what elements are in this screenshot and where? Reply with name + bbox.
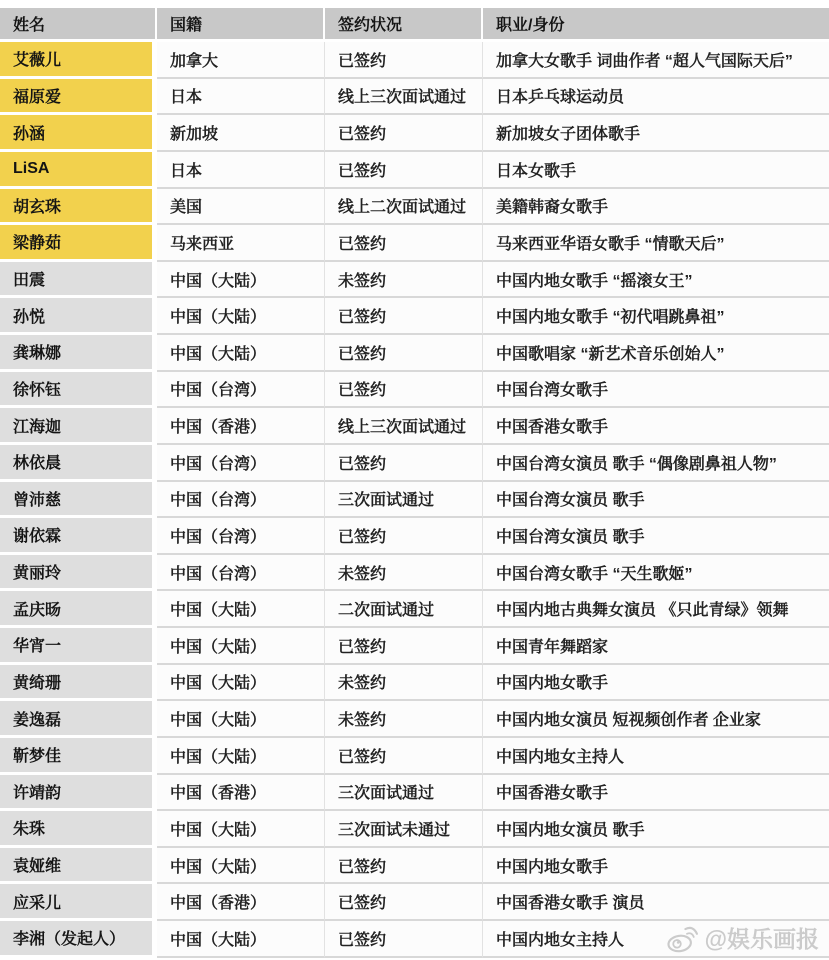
status-cell: 三次面试通过 bbox=[325, 775, 483, 812]
table-row: 孟庆旸中国（大陆）二次面试通过中国内地古典舞女演员 《只此青绿》领舞 bbox=[0, 591, 829, 628]
name-cell: 华宵一 bbox=[0, 628, 157, 665]
table-row: 朱珠中国（大陆）三次面试未通过中国内地女演员 歌手 bbox=[0, 811, 829, 848]
status-cell: 未签约 bbox=[325, 555, 483, 592]
name-cell: 朱珠 bbox=[0, 811, 157, 848]
table-row: 黄丽玲中国（台湾）未签约中国台湾女歌手 “天生歌姬” bbox=[0, 555, 829, 592]
nationality-cell: 中国（台湾） bbox=[157, 482, 325, 519]
name-cell: 黄丽玲 bbox=[0, 555, 157, 592]
status-cell: 未签约 bbox=[325, 262, 483, 299]
nationality-cell: 中国（大陆） bbox=[157, 298, 325, 335]
occupation-cell: 中国内地女演员 短视频创作者 企业家 bbox=[483, 701, 829, 738]
occupation-cell: 日本乒乓球运动员 bbox=[483, 79, 829, 116]
table-row: 华宵一中国（大陆）已签约中国青年舞蹈家 bbox=[0, 628, 829, 665]
occupation-cell: 马来西亚华语女歌手 “情歌天后” bbox=[483, 225, 829, 262]
nationality-cell: 加拿大 bbox=[157, 42, 325, 79]
table-row: 姜逸磊中国（大陆）未签约中国内地女演员 短视频创作者 企业家 bbox=[0, 701, 829, 738]
table-row: 孙悦中国（大陆）已签约中国内地女歌手 “初代唱跳鼻祖” bbox=[0, 298, 829, 335]
status-cell: 已签约 bbox=[325, 335, 483, 372]
table-row: 许靖韵中国（香港）三次面试通过中国香港女歌手 bbox=[0, 775, 829, 812]
name-cell: 胡玄珠 bbox=[0, 189, 157, 226]
status-cell: 已签约 bbox=[325, 518, 483, 555]
name-cell: 应采儿 bbox=[0, 884, 157, 921]
status-cell: 线上三次面试通过 bbox=[325, 408, 483, 445]
occupation-cell: 中国内地古典舞女演员 《只此青绿》领舞 bbox=[483, 591, 829, 628]
status-cell: 线上三次面试通过 bbox=[325, 79, 483, 116]
occupation-cell: 中国内地女演员 歌手 bbox=[483, 811, 829, 848]
nationality-cell: 马来西亚 bbox=[157, 225, 325, 262]
nationality-cell: 中国（大陆） bbox=[157, 335, 325, 372]
status-cell: 未签约 bbox=[325, 701, 483, 738]
occupation-cell: 美籍韩裔女歌手 bbox=[483, 189, 829, 226]
status-cell: 已签约 bbox=[325, 42, 483, 79]
status-cell: 未签约 bbox=[325, 665, 483, 702]
name-cell: 孟庆旸 bbox=[0, 591, 157, 628]
nationality-cell: 中国（台湾） bbox=[157, 518, 325, 555]
name-cell: 龚琳娜 bbox=[0, 335, 157, 372]
column-header-occupation: 职业/身份 bbox=[483, 8, 829, 42]
nationality-cell: 中国（大陆） bbox=[157, 738, 325, 775]
status-cell: 已签约 bbox=[325, 848, 483, 885]
occupation-cell: 加拿大女歌手 词曲作者 “超人气国际天后” bbox=[483, 42, 829, 79]
occupation-cell: 中国台湾女歌手 “天生歌姬” bbox=[483, 555, 829, 592]
table-row: 袁娅维中国（大陆）已签约中国内地女歌手 bbox=[0, 848, 829, 885]
occupation-cell: 中国内地女歌手 “摇滚女王” bbox=[483, 262, 829, 299]
occupation-cell: 中国歌唱家 “新艺术音乐创始人” bbox=[483, 335, 829, 372]
occupation-cell: 中国内地女歌手 “初代唱跳鼻祖” bbox=[483, 298, 829, 335]
status-cell: 已签约 bbox=[325, 738, 483, 775]
occupation-cell: 中国台湾女演员 歌手 bbox=[483, 518, 829, 555]
table-row: 胡玄珠美国线上二次面试通过美籍韩裔女歌手 bbox=[0, 189, 829, 226]
name-cell: 林依晨 bbox=[0, 445, 157, 482]
occupation-cell: 中国内地女主持人 bbox=[483, 921, 829, 958]
table-row: 谢依霖中国（台湾）已签约中国台湾女演员 歌手 bbox=[0, 518, 829, 555]
name-cell: 江海迦 bbox=[0, 408, 157, 445]
status-cell: 三次面试通过 bbox=[325, 482, 483, 519]
nationality-cell: 中国（大陆） bbox=[157, 262, 325, 299]
column-header-nationality: 国籍 bbox=[157, 8, 325, 42]
occupation-cell: 中国香港女歌手 演员 bbox=[483, 884, 829, 921]
status-cell: 已签约 bbox=[325, 921, 483, 958]
occupation-cell: 中国内地女歌手 bbox=[483, 665, 829, 702]
occupation-cell: 新加坡女子团体歌手 bbox=[483, 115, 829, 152]
nationality-cell: 中国（香港） bbox=[157, 775, 325, 812]
table-row: 田震中国（大陆）未签约中国内地女歌手 “摇滚女王” bbox=[0, 262, 829, 299]
nationality-cell: 中国（大陆） bbox=[157, 591, 325, 628]
name-cell: 曾沛慈 bbox=[0, 482, 157, 519]
name-cell: 许靖韵 bbox=[0, 775, 157, 812]
name-cell: 谢依霖 bbox=[0, 518, 157, 555]
table-row: 李湘（发起人）中国（大陆）已签约中国内地女主持人 bbox=[0, 921, 829, 958]
nationality-cell: 中国（香港） bbox=[157, 884, 325, 921]
status-cell: 二次面试通过 bbox=[325, 591, 483, 628]
name-cell: 梁静茹 bbox=[0, 225, 157, 262]
signing-status-table: 姓名 国籍 签约状况 职业/身份 艾薇儿加拿大已签约加拿大女歌手 词曲作者 “超… bbox=[0, 8, 829, 958]
occupation-cell: 中国台湾女歌手 bbox=[483, 372, 829, 409]
nationality-cell: 中国（大陆） bbox=[157, 665, 325, 702]
table-row: 梁静茹马来西亚已签约马来西亚华语女歌手 “情歌天后” bbox=[0, 225, 829, 262]
nationality-cell: 中国（大陆） bbox=[157, 811, 325, 848]
table-row: 靳梦佳中国（大陆）已签约中国内地女主持人 bbox=[0, 738, 829, 775]
table-screenshot: 姓名 国籍 签约状况 职业/身份 艾薇儿加拿大已签约加拿大女歌手 词曲作者 “超… bbox=[0, 0, 829, 960]
occupation-cell: 中国青年舞蹈家 bbox=[483, 628, 829, 665]
name-cell: 田震 bbox=[0, 262, 157, 299]
name-cell: 孙涵 bbox=[0, 115, 157, 152]
table-row: 黄绮珊中国（大陆）未签约中国内地女歌手 bbox=[0, 665, 829, 702]
status-cell: 已签约 bbox=[325, 225, 483, 262]
status-cell: 三次面试未通过 bbox=[325, 811, 483, 848]
name-cell: 李湘（发起人） bbox=[0, 921, 157, 958]
status-cell: 已签约 bbox=[325, 152, 483, 189]
nationality-cell: 中国（香港） bbox=[157, 408, 325, 445]
nationality-cell: 中国（大陆） bbox=[157, 701, 325, 738]
nationality-cell: 美国 bbox=[157, 189, 325, 226]
status-cell: 已签约 bbox=[325, 884, 483, 921]
table-row: 艾薇儿加拿大已签约加拿大女歌手 词曲作者 “超人气国际天后” bbox=[0, 42, 829, 79]
name-cell: 孙悦 bbox=[0, 298, 157, 335]
occupation-cell: 中国香港女歌手 bbox=[483, 775, 829, 812]
status-cell: 已签约 bbox=[325, 628, 483, 665]
name-cell: 艾薇儿 bbox=[0, 42, 157, 79]
name-cell: LiSA bbox=[0, 152, 157, 189]
name-cell: 黄绮珊 bbox=[0, 665, 157, 702]
occupation-cell: 中国台湾女演员 歌手 “偶像剧鼻祖人物” bbox=[483, 445, 829, 482]
table-row: 应采儿中国（香港）已签约中国香港女歌手 演员 bbox=[0, 884, 829, 921]
table-row: 孙涵新加坡已签约新加坡女子团体歌手 bbox=[0, 115, 829, 152]
table-row: 徐怀钰中国（台湾）已签约中国台湾女歌手 bbox=[0, 372, 829, 409]
occupation-cell: 中国台湾女演员 歌手 bbox=[483, 482, 829, 519]
name-cell: 姜逸磊 bbox=[0, 701, 157, 738]
status-cell: 已签约 bbox=[325, 298, 483, 335]
column-header-status: 签约状况 bbox=[325, 8, 483, 42]
table-row: 林依晨中国（台湾）已签约中国台湾女演员 歌手 “偶像剧鼻祖人物” bbox=[0, 445, 829, 482]
table-row: LiSA日本已签约日本女歌手 bbox=[0, 152, 829, 189]
occupation-cell: 日本女歌手 bbox=[483, 152, 829, 189]
name-cell: 靳梦佳 bbox=[0, 738, 157, 775]
nationality-cell: 中国（大陆） bbox=[157, 628, 325, 665]
table-row: 江海迦中国（香港）线上三次面试通过中国香港女歌手 bbox=[0, 408, 829, 445]
table-row: 福原爱日本线上三次面试通过日本乒乓球运动员 bbox=[0, 79, 829, 116]
nationality-cell: 日本 bbox=[157, 152, 325, 189]
nationality-cell: 中国（大陆） bbox=[157, 921, 325, 958]
table-row: 龚琳娜中国（大陆）已签约中国歌唱家 “新艺术音乐创始人” bbox=[0, 335, 829, 372]
table-body: 艾薇儿加拿大已签约加拿大女歌手 词曲作者 “超人气国际天后”福原爱日本线上三次面… bbox=[0, 42, 829, 958]
occupation-cell: 中国内地女主持人 bbox=[483, 738, 829, 775]
status-cell: 已签约 bbox=[325, 372, 483, 409]
column-header-name: 姓名 bbox=[0, 8, 157, 42]
name-cell: 徐怀钰 bbox=[0, 372, 157, 409]
name-cell: 袁娅维 bbox=[0, 848, 157, 885]
status-cell: 线上二次面试通过 bbox=[325, 189, 483, 226]
status-cell: 已签约 bbox=[325, 115, 483, 152]
occupation-cell: 中国香港女歌手 bbox=[483, 408, 829, 445]
nationality-cell: 中国（台湾） bbox=[157, 372, 325, 409]
table-row: 曾沛慈中国（台湾）三次面试通过中国台湾女演员 歌手 bbox=[0, 482, 829, 519]
nationality-cell: 中国（大陆） bbox=[157, 848, 325, 885]
nationality-cell: 新加坡 bbox=[157, 115, 325, 152]
nationality-cell: 中国（台湾） bbox=[157, 445, 325, 482]
occupation-cell: 中国内地女歌手 bbox=[483, 848, 829, 885]
nationality-cell: 日本 bbox=[157, 79, 325, 116]
nationality-cell: 中国（台湾） bbox=[157, 555, 325, 592]
name-cell: 福原爱 bbox=[0, 79, 157, 116]
header-row: 姓名 国籍 签约状况 职业/身份 bbox=[0, 8, 829, 42]
status-cell: 已签约 bbox=[325, 445, 483, 482]
